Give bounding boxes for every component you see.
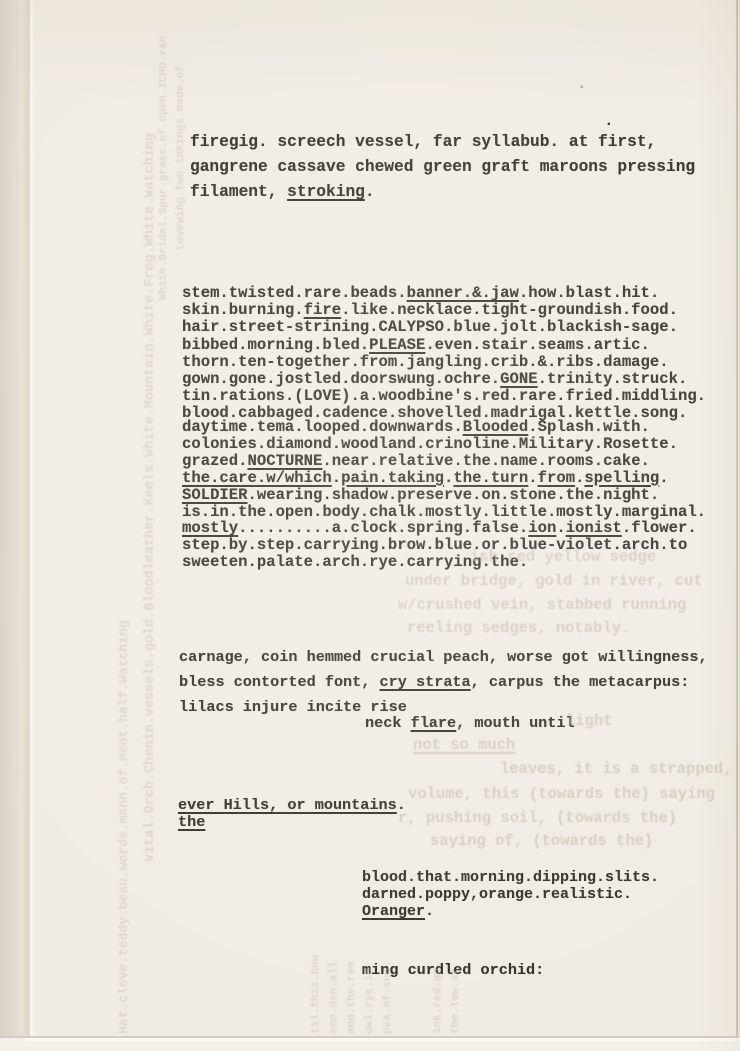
bleed-line: r, pushing soil, (towards the) [398, 809, 677, 828]
bleed-vertical-fragment: vital.Orch.Chenin.vessels.gold.Bloodleat… [143, 92, 158, 862]
text-segment: .even.stair.seams.artic. [425, 336, 650, 354]
underlined-text: Oranger [362, 903, 425, 920]
underlined-text: PLEASE [369, 336, 425, 354]
stray-ink-dot: . [604, 112, 614, 130]
text-line: filament, stroking. [190, 180, 695, 205]
underlined-text: pain.taking [341, 469, 444, 487]
text-line: skin.burning.fire.like.necklace.tight-gr… [182, 302, 706, 319]
text-line: is.in.the.open.body.chalk.mostly.little.… [182, 504, 706, 521]
bleed-line: not so much [413, 736, 515, 755]
underlined-text: ever Hills, or mountains [178, 796, 397, 814]
text-segment: . [659, 469, 668, 487]
text-line: colonies.diamond.woodland.crinoline.Mili… [182, 436, 706, 453]
text-segment: neck [365, 714, 411, 732]
text-segment: bibbed.morning.bled. [182, 336, 369, 354]
bleed-text: ish red yellow sedge [470, 548, 656, 566]
stanza-stem-block: stem.twisted.rare.beads.banner.&.jaw.how… [182, 285, 706, 423]
bleed-line: under bridge, gold in river, cut [405, 572, 703, 591]
bleed-vertical-fragment: Lovewing.two.inkings.made.of [175, 50, 187, 250]
underlined-text: the.turn [453, 469, 528, 487]
stanza-neck-flare: neck flare, mouth until [365, 711, 575, 736]
bleed-text: light [566, 712, 613, 730]
underlined-text: GONE [500, 370, 537, 388]
underlined-text: ion [528, 519, 556, 537]
text-segment: daytime.tema.looped.downwards. [182, 418, 463, 436]
text-segment: .flower. [622, 519, 697, 537]
text-line: SOLDIER.wearing.shadow.preserve.on.stone… [182, 487, 706, 504]
bleed-text: not so much [413, 736, 515, 754]
text-segment: gangrene cassave chewed green graft maro… [190, 158, 695, 176]
underlined-text: flare [411, 714, 457, 732]
text-segment: darned.poppy,orange.realistic. [362, 886, 632, 903]
text-line: ever Hills, or mountains. [178, 797, 406, 814]
text-line: darned.poppy,orange.realistic. [362, 886, 659, 903]
bleed-line: saying of, (towards the) [430, 832, 653, 851]
text-line: hair.street-strining.CALYPSO.blue.jolt.b… [182, 319, 706, 336]
underlined-text: from [538, 469, 575, 487]
bleed-line: reeling sedges, notably. [407, 619, 630, 638]
underlined-text: SOLDIER [182, 486, 248, 504]
bleed-vertical-fragment: ink.red.go. [432, 942, 444, 1034]
text-line: stem.twisted.rare.beads.banner.&.jaw.how… [182, 285, 706, 302]
underlined-text: Blooded [463, 418, 529, 436]
bleed-vertical-fragment: the.low.at. [450, 942, 462, 1034]
text-segment: tin.rations.(LOVE).a.woodbine's.red.rare… [182, 387, 706, 405]
underlined-text: the.care.w/which [182, 469, 332, 487]
stray-ink-dot: . [577, 75, 587, 93]
bleed-text: volume, this (towards the) saying [408, 785, 715, 803]
bleed-text: saying of, (towards the) [430, 832, 653, 850]
text-line: tin.rations.(LOVE).a.woodbine's.red.rare… [182, 388, 706, 405]
text-segment: gown.gone.jostled.doorswung.ochre. [182, 370, 500, 388]
text-segment: colonies.diamond.woodland.crinoline.Mili… [182, 435, 678, 453]
bleed-line: w/crushed vein, stabbed running [398, 596, 686, 615]
underlined-text: ionist [566, 519, 622, 537]
text-segment: . [444, 469, 453, 487]
underlined-text: NOCTURNE [248, 452, 323, 470]
underlined-text: banner.&.jaw [407, 284, 519, 302]
text-line: gown.gone.jostled.doorswung.ochre.GONE.t… [182, 371, 706, 388]
stanza-opening: firegig. screech vessel, far syllabub. a… [190, 130, 695, 206]
bleed-line: ish red yellow sedge [470, 548, 656, 567]
text-segment: grazed. [182, 452, 248, 470]
bleed-vertical-fragment: White.Bridal.Spur.grass.of.open.ICHO.ran [158, 34, 170, 300]
text-line: Oranger. [362, 903, 659, 920]
text-segment: . [556, 519, 565, 537]
bleed-vertical-fragment: smo.den.all [328, 942, 340, 1034]
bleed-line: leaves, it is a strapped, [500, 760, 733, 779]
text-line: carnage, coin hemmed crucial peach, wors… [179, 645, 708, 670]
bleed-vertical-fragment: and.the.ran [346, 942, 358, 1034]
text-line: thorn.ten-together.from.jangling.crib.&.… [182, 354, 706, 371]
bleed-text: r, pushing soil, (towards the) [398, 809, 677, 827]
underlined-text: stroking [287, 183, 365, 201]
text-line: the.care.w/which.pain.taking.the.turn.fr… [182, 470, 706, 487]
bleed-text: reeling sedges, notably. [407, 619, 630, 637]
text-segment: . [365, 183, 375, 201]
text-segment: .like.necklace.tight-groundish.food. [341, 301, 678, 319]
text-line: daytime.tema.looped.downwards.Blooded.Sp… [182, 419, 706, 436]
text-segment: .trinity.struck. [538, 370, 688, 388]
underlined-text: fire [304, 301, 341, 319]
text-segment: . [332, 469, 341, 487]
text-segment: blood.that.morning.dipping.slits. [362, 869, 659, 886]
text-segment: ..........a.clock.spring.false. [238, 519, 528, 537]
text-line: blood.that.morning.dipping.slits. [362, 869, 659, 886]
text-segment: .how.blast.hit. [519, 284, 659, 302]
stanza-blood-that-morning: blood.that.morning.dipping.slits.darned.… [362, 869, 659, 921]
underlined-text: cry strata [380, 673, 471, 691]
bleed-text: w/crushed vein, stabbed running [398, 596, 686, 614]
paper-bottom-highlight [25, 1038, 740, 1041]
bleed-text: under bridge, gold in river, cut [405, 572, 703, 590]
paper-fold-highlight [30, 0, 36, 1051]
text-segment: , mouth until [456, 714, 574, 732]
text-line: gangrene cassave chewed green graft maro… [190, 155, 695, 180]
text-segment: skin.burning. [182, 301, 304, 319]
bleed-vertical-fragment: pea.of.sun. [382, 942, 394, 1034]
text-segment: thorn.ten-together.from.jangling.crib.&.… [182, 353, 669, 371]
underlined-text: the [178, 813, 205, 831]
bleed-text: leaves, it is a strapped, [500, 760, 733, 778]
text-line: mostly..........a.clock.spring.false.ion… [182, 520, 706, 537]
text-line: bibbed.morning.bled.PLEASE.even.stair.se… [182, 337, 706, 354]
text-segment: filament, [190, 183, 287, 201]
text-segment: . [425, 903, 434, 920]
paper-left-edge [0, 0, 30, 1051]
text-segment: bless contorted font, [179, 673, 380, 691]
underlined-text: spelling [584, 469, 659, 487]
text-segment: . [528, 469, 537, 487]
text-line: firegig. screech vessel, far syllabub. a… [190, 130, 695, 155]
text-segment: hair.street-strining.CALYPSO.blue.jolt.b… [182, 318, 678, 336]
underlined-text: mostly [182, 519, 238, 537]
text-segment: carnage, coin hemmed crucial peach, wors… [179, 648, 708, 666]
stanza-ever-hills: ever Hills, or mountains.the [178, 797, 406, 831]
bleed-vertical-fragment: til.this.bow [310, 942, 322, 1034]
stanza-carnage: carnage, coin hemmed crucial peach, wors… [179, 645, 708, 720]
page: firegig. screech vessel, far syllabub. a… [0, 0, 740, 1051]
bleed-vertical-fragment: owl.rye.in. [364, 942, 376, 1034]
bleed-line: light [566, 712, 613, 731]
bleed-vertical-fragment: Hat.clove.teddy.beau.words.mann.of.ment.… [116, 598, 131, 1034]
text-segment: stem.twisted.rare.beads. [182, 284, 407, 302]
text-line: the [178, 814, 406, 831]
text-line: grazed.NOCTURNE.near.relative.the.name.r… [182, 453, 706, 470]
bleed-line: volume, this (towards the) saying [408, 785, 715, 804]
text-segment: is.in.the.open.body.chalk.mostly.little.… [182, 503, 706, 521]
text-segment: .wearing.shadow.preserve.on.stone.the.ni… [248, 486, 660, 504]
text-segment: firegig. screech vessel, far syllabub. a… [190, 133, 656, 151]
text-segment: , carpus the metacarpus: [471, 673, 690, 691]
text-line: neck flare, mouth until [365, 711, 575, 736]
text-segment: .Splash.with. [528, 418, 650, 436]
text-line: bless contorted font, cry strata, carpus… [179, 670, 708, 695]
text-segment: .near.relative.the.name.rooms.cake. [322, 452, 650, 470]
